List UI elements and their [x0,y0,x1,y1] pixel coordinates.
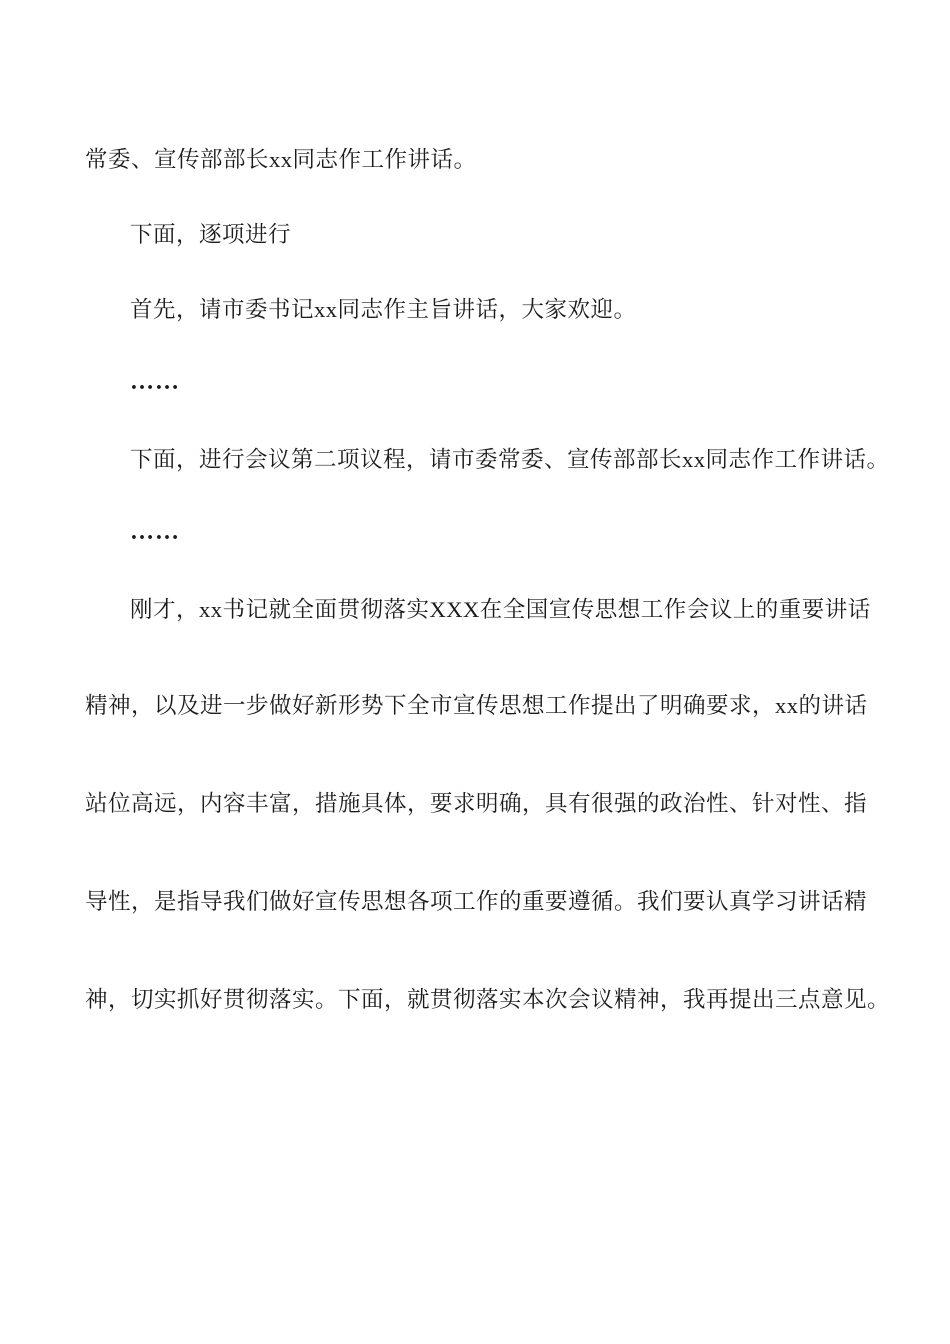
doc-line: 下面，逐项进行 [85,195,880,270]
document-page: 常委、宣传部部长xx同志作工作讲话。 下面，逐项进行 首先，请市委书记xx同志作… [0,0,950,1344]
paragraph-gap [85,645,880,655]
doc-line: 常委、宣传部部长xx同志作工作讲话。 [85,120,880,195]
ellipsis-text: …… [130,369,180,396]
doc-line-text: 常委、宣传部部长xx同志作工作讲话。 [85,142,477,174]
doc-line: 站位高远，内容丰富，措施具体，要求明确，具有很强的政治性、针对性、指 [85,753,880,851]
doc-line-text: 站位高远，内容丰富，措施具体，要求明确，具有很强的政治性、针对性、指 [85,786,867,818]
ellipsis-line: …… [85,345,880,420]
ellipsis-text: …… [130,519,180,546]
doc-line: 刚才，xx书记就全面贯彻落实XXX在全国宣传思想工作会议上的重要讲话 [85,570,880,645]
doc-line: 首先，请市委书记xx同志作主旨讲话，大家欢迎。 [85,270,880,345]
doc-line: 精神，以及进一步做好新形势下全市宣传思想工作提出了明确要求，xx的讲话 [85,655,880,753]
doc-line: 神，切实抓好贯彻落实。下面，就贯彻落实本次会议精神，我再提出三点意见。 [85,949,880,1047]
doc-line-text: 首先，请市委书记xx同志作主旨讲话，大家欢迎。 [130,292,637,324]
doc-line-text: 下面，进行会议第二项议程，请市委常委、宣传部部长xx同志作工作讲话。 [130,442,890,474]
doc-line-text: 精神，以及进一步做好新形势下全市宣传思想工作提出了明确要求，xx的讲话 [85,688,868,720]
doc-line: 下面，进行会议第二项议程，请市委常委、宣传部部长xx同志作工作讲话。 [85,420,880,495]
doc-line-text: 刚才，xx书记就全面贯彻落实XXX在全国宣传思想工作会议上的重要讲话 [130,592,871,624]
doc-line-text: 神，切实抓好贯彻落实。下面，就贯彻落实本次会议精神，我再提出三点意见。 [85,982,890,1014]
ellipsis-line: …… [85,495,880,570]
doc-line-text: 导性，是指导我们做好宣传思想各项工作的重要遵循。我们要认真学习讲话精 [85,884,867,916]
document-body: 常委、宣传部部长xx同志作工作讲话。 下面，逐项进行 首先，请市委书记xx同志作… [0,0,950,1047]
doc-line-text: 下面，逐项进行 [130,217,291,249]
doc-line: 导性，是指导我们做好宣传思想各项工作的重要遵循。我们要认真学习讲话精 [85,851,880,949]
